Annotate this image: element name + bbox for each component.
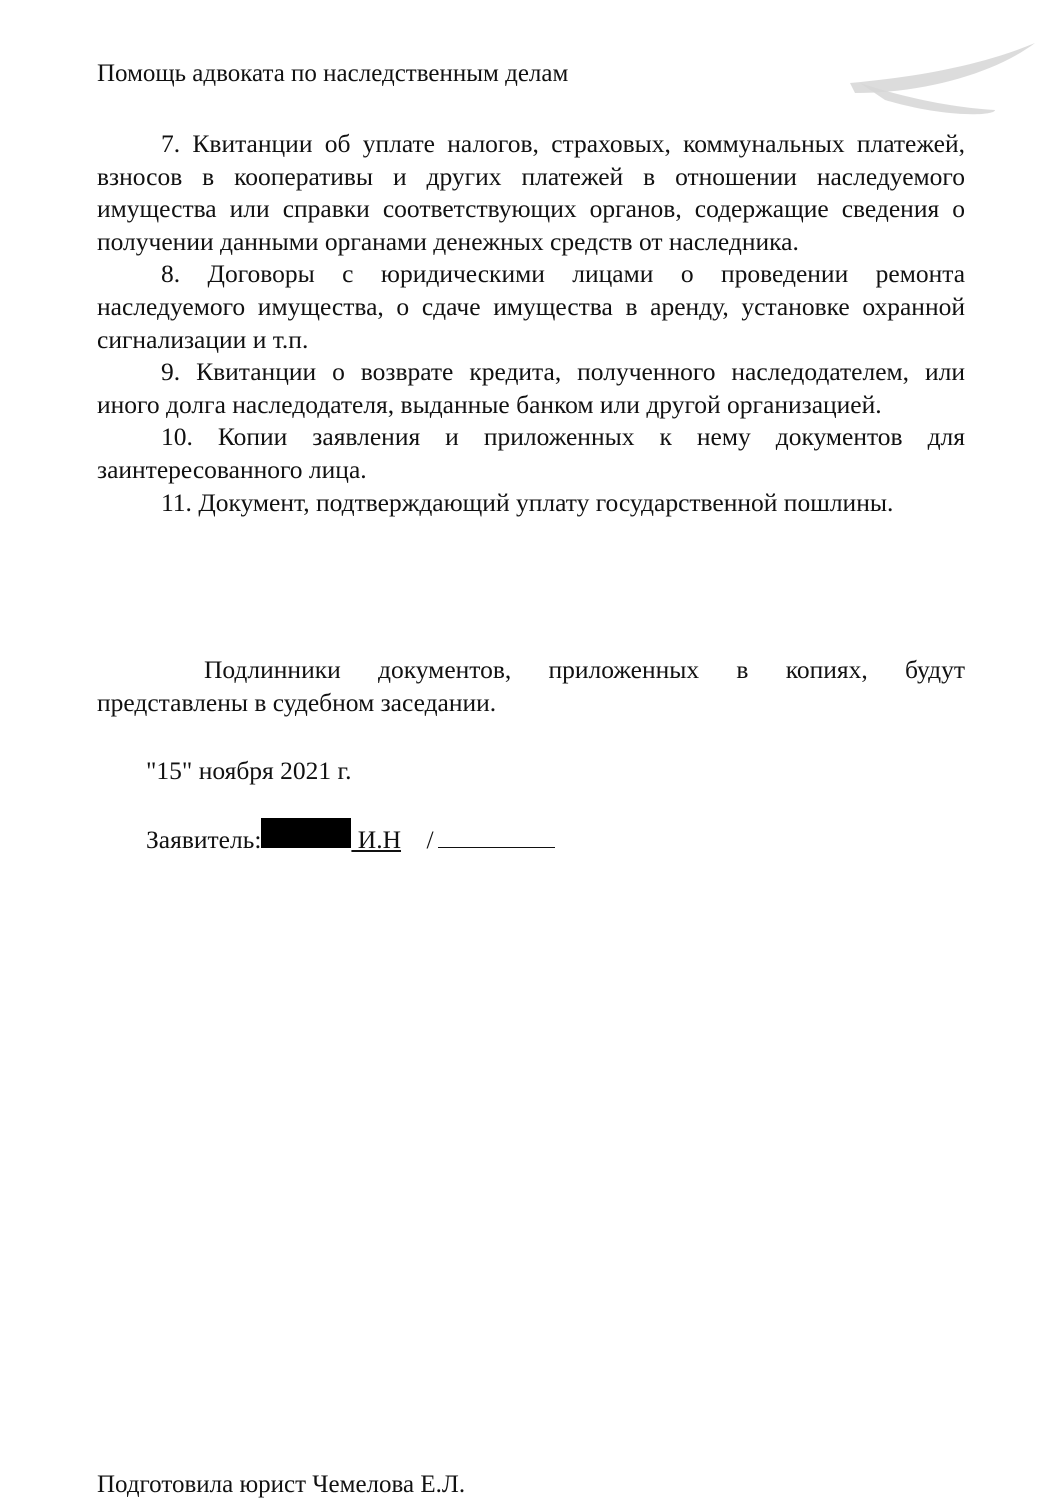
redacted-name bbox=[261, 818, 351, 848]
signature-line: Заявитель: И.Н / bbox=[146, 818, 555, 856]
signature-label: Заявитель: bbox=[146, 824, 261, 856]
signature-separator: / bbox=[427, 824, 434, 856]
document-date: "15" ноября 2021 г. bbox=[146, 755, 352, 787]
list-item: 8. Договоры с юридическими лицами о пров… bbox=[97, 258, 965, 356]
list-item: 10. Копии заявления и приложенных к нему… bbox=[97, 421, 965, 486]
originals-note: Подлинники документов, приложенных в коп… bbox=[97, 654, 965, 719]
list-item: 9. Квитанции о возврате кредита, получен… bbox=[97, 356, 965, 421]
document-list: 7. Квитанции об уплате налогов, страховы… bbox=[97, 128, 965, 519]
list-item: 11. Документ, подтверждающий уплату госу… bbox=[97, 487, 965, 520]
footer-author: Подготовила юрист Чемелова Е.Л. bbox=[97, 1469, 465, 1500]
brush-stroke-logo-icon bbox=[845, 38, 1045, 118]
signature-initials: И.Н bbox=[351, 824, 401, 856]
signature-blank bbox=[438, 825, 555, 848]
list-item: 7. Квитанции об уплате налогов, страховы… bbox=[97, 128, 965, 258]
page-header-title: Помощь адвоката по наследственным делам bbox=[97, 58, 568, 90]
